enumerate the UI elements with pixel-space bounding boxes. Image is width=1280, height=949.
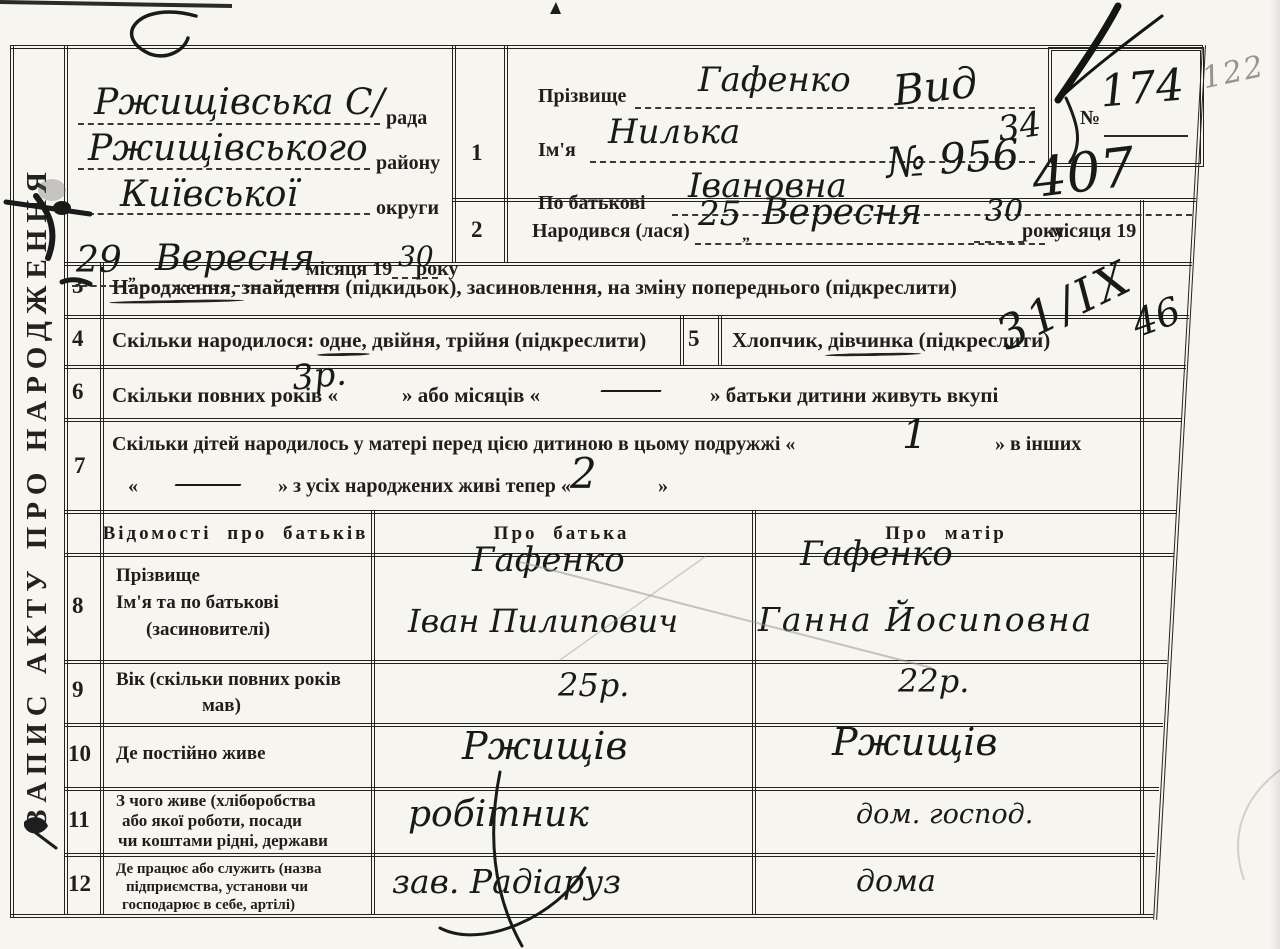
father-residence: Ржищів	[462, 727, 628, 765]
born-month: Вересня	[762, 195, 922, 231]
row3-underlined-option: Народження,	[112, 275, 236, 299]
scratch-mark	[1238, 770, 1280, 880]
father-surname: Гафенко	[472, 543, 625, 577]
child-surname: Гафенко	[698, 63, 851, 97]
row7-number: 7	[74, 453, 86, 479]
annotation-vyd: Вид	[891, 62, 979, 113]
form-title-vertical: ЗАПИС АКТУ ПРО НАРОДЖЕННЯ	[9, 215, 65, 775]
row9-number: 9	[72, 677, 84, 703]
ink-blot	[550, 2, 561, 14]
grid-line	[504, 45, 508, 262]
row10-number: 10	[68, 741, 91, 767]
row7-line2-mid: » з усіх народжених живі тепер «	[278, 475, 571, 498]
annotation-certificate-number: № 956	[885, 133, 1021, 184]
row5-underlined-option: дівчинка	[828, 328, 913, 352]
grid-line	[64, 853, 1155, 857]
rada-label: рада	[386, 107, 427, 130]
grid-line	[64, 365, 1186, 369]
row8-number: 8	[72, 593, 84, 619]
patronymic-label: По батькові	[538, 192, 646, 215]
mother-surname: Гафенко	[800, 537, 953, 571]
row3-number: 3	[72, 273, 84, 299]
row8-label-line1: Прізвище	[116, 565, 200, 587]
annotation-certificate-number-2: 407	[1029, 140, 1138, 206]
grid-line	[64, 418, 1182, 422]
okruha-handwritten: Київської	[120, 177, 298, 213]
mother-workplace: дома	[856, 867, 936, 897]
mother-residence: Ржищів	[832, 723, 998, 761]
page-number-pencil: 122	[1200, 52, 1268, 94]
born-year: 30	[985, 197, 1023, 227]
born-day: 25	[698, 197, 741, 231]
okruha-label: округи	[376, 197, 439, 220]
fill-line	[78, 123, 380, 125]
raion-label: району	[376, 152, 440, 175]
record-number-label: №	[1080, 107, 1100, 130]
row12-label-line3: господарює в себе, артілі)	[122, 897, 295, 914]
row7-others-value: —	[172, 469, 244, 499]
parents-header-info: Відомості про батьків	[100, 523, 371, 545]
grid-line	[64, 510, 1177, 514]
row7-alive-value: 2	[570, 453, 597, 495]
row9-label-line2: мав)	[202, 695, 241, 717]
rada-handwritten: Ржищівська С/	[94, 85, 385, 121]
surname-label: Прізвище	[538, 85, 626, 108]
row7-line2-open: «	[128, 475, 138, 498]
row6-part3: » батьки дитини живуть вкупі	[710, 383, 998, 408]
grid-line	[680, 315, 684, 365]
fill-line	[635, 107, 1035, 109]
row4-underlined-option: одне	[320, 328, 362, 352]
row7-marriage-value: 1	[902, 415, 927, 455]
row10-label: Де постійно живе	[116, 743, 266, 765]
record-number-value: 174	[1098, 63, 1185, 114]
grid-line	[10, 914, 1153, 918]
row6-number: 6	[72, 379, 84, 405]
born-roku: року	[1022, 220, 1064, 243]
scan-edge-artifact	[0, 2, 232, 6]
father-name-patronymic: Іван Пилипович	[408, 605, 678, 637]
father-occupation: робітник	[408, 797, 589, 833]
row8-label-line3: (засиновителі)	[146, 619, 270, 641]
mother-occupation: дом. господ.	[856, 801, 1033, 828]
birth-record-form: ЗАПИС АКТУ ПРО НАРОДЖЕННЯ Ржищівська С/ …	[10, 45, 1208, 921]
grid-line	[718, 315, 722, 365]
row6-part2: » або місяців «	[402, 383, 540, 408]
grid-line	[452, 45, 456, 262]
row4-text-before: Скільки народилося:	[112, 328, 314, 352]
row7-line1-part2: » в інших	[995, 433, 1081, 456]
row3-text: знайдення (підкидьок), засиновлення, на …	[241, 275, 956, 299]
document-right-edge	[1153, 45, 1206, 920]
row6-years-value: 3р.	[290, 356, 347, 395]
row2-number: 2	[471, 217, 483, 243]
grid-line	[100, 262, 104, 914]
row11-label-line3: чи коштами рідні, держави	[118, 831, 328, 851]
row9-label-line1: Вік (скільки повних років	[116, 669, 341, 691]
child-name: Нилька	[608, 115, 740, 149]
grid-line	[64, 660, 1167, 664]
row11-label-line2: або якої роботи, посади	[122, 811, 302, 831]
quote-mark: „	[742, 227, 750, 245]
father-age: 25р.	[558, 669, 629, 701]
fill-line	[974, 241, 1024, 243]
row8-label-line2: Ім'я та по батькові	[116, 592, 279, 614]
reg-date-month: Вересня	[155, 241, 315, 277]
row4-text-rest: , двійня, трійня (підкреслити)	[362, 328, 647, 352]
scanned-birth-record-page: ЗАПИС АКТУ ПРО НАРОДЖЕННЯ Ржищівська С/ …	[0, 0, 1280, 949]
mother-name-patronymic: Ганна Йосиповна	[758, 603, 1093, 636]
name-label: Ім'я	[538, 139, 576, 162]
row11-number: 11	[68, 807, 90, 833]
row4-number: 4	[72, 326, 84, 352]
row11-label-line1: З чого живе (хліборобства	[116, 791, 316, 811]
row12-label-line2: підприємства, установи чи	[126, 879, 308, 896]
grid-line	[10, 45, 1202, 49]
born-label: Народився (лася)	[532, 220, 690, 243]
row5-text-before: Хлопчик,	[732, 328, 823, 352]
raion-handwritten: Ржищівського	[88, 131, 368, 167]
row5-number: 5	[688, 326, 700, 352]
mother-age: 22р.	[898, 665, 969, 697]
row7-line1-part1: Скільки дітей народилось у матері перед …	[112, 433, 795, 456]
father-workplace: зав. Радіаруз	[392, 865, 621, 898]
row1-number: 1	[471, 140, 483, 166]
grid-line	[371, 510, 375, 914]
fill-line	[672, 214, 1192, 216]
row12-label-line1: Де працює або служить (назва	[116, 861, 322, 878]
row7-line2-close: »	[658, 475, 668, 498]
row12-number: 12	[68, 871, 91, 897]
row6-months-value: —	[598, 375, 664, 405]
grid-line	[752, 510, 756, 914]
